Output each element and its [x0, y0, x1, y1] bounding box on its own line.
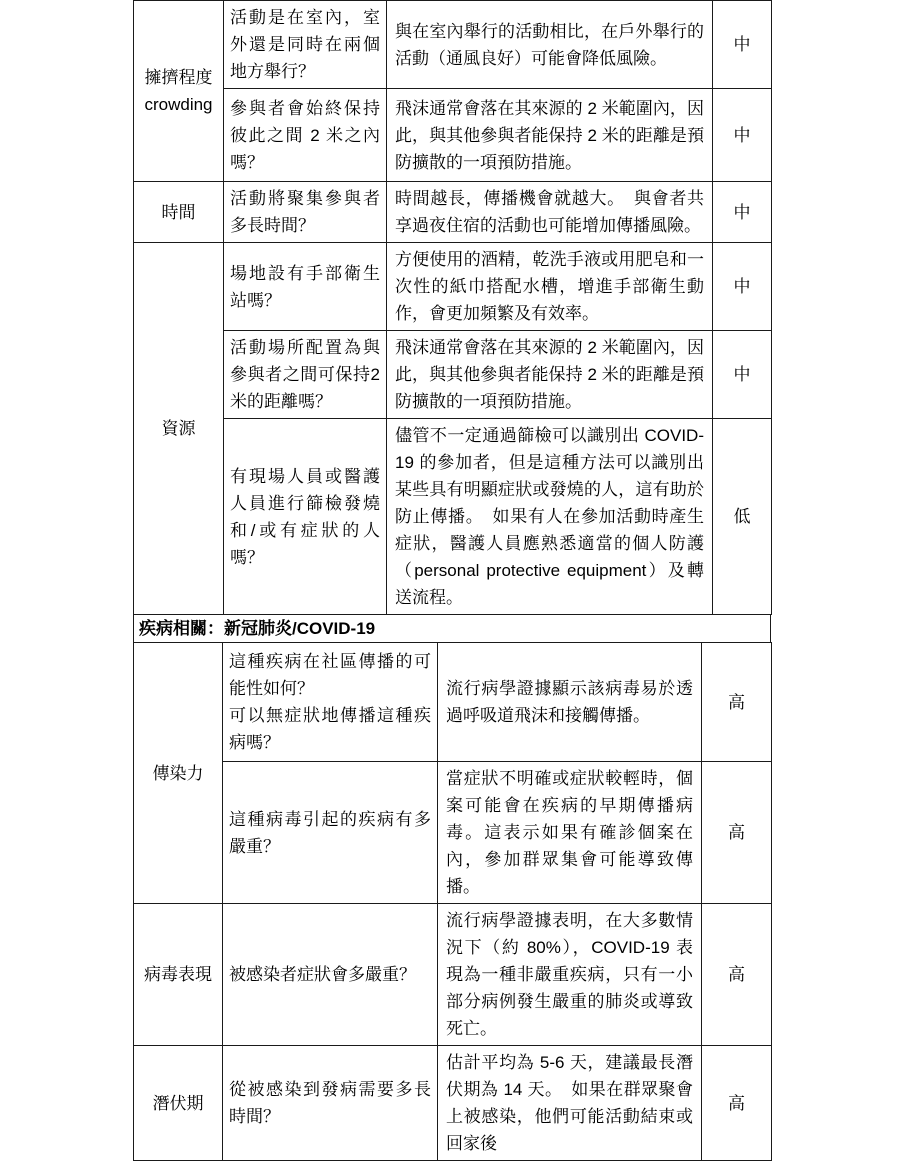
- answer-cell: 時間越長，傳播機會就越大。 與會者共享過夜住宿的活動也可能增加傳播風險。: [387, 182, 713, 243]
- risk-cell: 中: [713, 331, 772, 419]
- disease-factors-table: 傳染力 這種疾病在社區傳播的可能性如何？ 可以無症狀地傳播這種疾病嗎？ 流行病學…: [133, 642, 772, 992]
- answer-cell: 流行病學證據顯示該病毒易於透過呼吸道飛沫和接觸傳播。: [438, 643, 702, 762]
- answer-cell: 流行病學證據表明，在大多數情況下（約 80%），COVID-19 表現為一種非嚴…: [438, 904, 702, 993]
- table-row: 有現場人員或醫護人員進行篩檢發燒和/或有症狀的人嗎？ 儘管不一定通過篩檢可以識別…: [134, 419, 772, 615]
- category-label-en: crowding: [138, 91, 219, 118]
- table-row: 這種病毒引起的疾病有多嚴重？ 當症狀不明確或症狀較輕時，個案可能會在疾病的早期傳…: [134, 762, 772, 904]
- table-row: 疾病相關：新冠肺炎/COVID-19: [134, 615, 771, 643]
- question-cell: 有現場人員或醫護人員進行篩檢發燒和/或有症狀的人嗎？: [224, 419, 387, 615]
- category-cell-infectivity: 傳染力: [134, 643, 223, 904]
- risk-cell: 低: [713, 419, 772, 615]
- risk-cell: 高: [702, 762, 772, 904]
- answer-cell: 儘管不一定通過篩檢可以識別出 COVID-19 的參加者，但是這種方法可以識別出…: [387, 419, 713, 615]
- answer-cell: 與在室內舉行的活動相比，在戶外舉行的活動（通風良好）可能會降低風險。: [387, 1, 713, 89]
- category-label: 擁擠程度: [138, 64, 219, 91]
- answer-cell: 當症狀不明確或症狀較輕時，個案可能會在疾病的早期傳播病毒。這表示如果有確診個案在…: [438, 762, 702, 904]
- answer-cell: 飛沫通常會落在其來源的 2 米範圍內，因此，與其他參與者能保持 2 米的距離是預…: [387, 89, 713, 182]
- table-row: 病毒表現 被感染者症狀會多嚴重？ 流行病學證據表明，在大多數情況下（約 80%）…: [134, 904, 772, 993]
- answer-cell: 方便使用的酒精，乾洗手液或用肥皂和一次性的紙巾搭配水槽，增進手部衛生動作，會更加…: [387, 243, 713, 331]
- category-cell-duration: 時間: [134, 182, 224, 243]
- answer-cell: 飛沫通常會落在其來源的 2 米範圍內，因此，與其他參與者能保持 2 米的距離是預…: [387, 331, 713, 419]
- risk-cell: 中: [713, 89, 772, 182]
- table-row: 傳染力 這種疾病在社區傳播的可能性如何？ 可以無症狀地傳播這種疾病嗎？ 流行病學…: [134, 643, 772, 762]
- question-cell: 這種病毒引起的疾病有多嚴重？: [223, 762, 438, 904]
- risk-cell: 高: [702, 643, 772, 762]
- table-row: 資源 場地設有手部衛生站嗎？ 方便使用的酒精，乾洗手液或用肥皂和一次性的紙巾搭配…: [134, 243, 772, 331]
- risk-assessment-document: 擁擠程度 crowding 活動是在室內，室外還是同時在兩個地方舉行？ 與在室內…: [133, 0, 771, 992]
- question-cell: 活動場所配置為與參與者之間可保持2米的距離嗎？: [224, 331, 387, 419]
- question-cell: 場地設有手部衛生站嗎？: [224, 243, 387, 331]
- table-row: 擁擠程度 crowding 活動是在室內，室外還是同時在兩個地方舉行？ 與在室內…: [134, 1, 772, 89]
- question-cell: 參與者會始終保持彼此之間 2 米之內嗎？: [224, 89, 387, 182]
- question-cell: 被感染者症狀會多嚴重？: [223, 904, 438, 993]
- category-cell-resources: 資源: [134, 243, 224, 615]
- question-cell: 這種疾病在社區傳播的可能性如何？ 可以無症狀地傳播這種疾病嗎？: [223, 643, 438, 762]
- question-cell: 活動是在室內，室外還是同時在兩個地方舉行？: [224, 1, 387, 89]
- risk-cell: 中: [713, 243, 772, 331]
- category-cell-crowding: 擁擠程度 crowding: [134, 1, 224, 182]
- risk-cell: 中: [713, 182, 772, 243]
- table-row: 參與者會始終保持彼此之間 2 米之內嗎？ 飛沫通常會落在其來源的 2 米範圍內，…: [134, 89, 772, 182]
- risk-cell: 高: [702, 904, 772, 993]
- table-row: 活動場所配置為與參與者之間可保持2米的距離嗎？ 飛沫通常會落在其來源的 2 米範…: [134, 331, 772, 419]
- risk-cell: 中: [713, 1, 772, 89]
- table-row: 時間 活動將聚集參與者多長時間？ 時間越長，傳播機會就越大。 與會者共享過夜住宿…: [134, 182, 772, 243]
- disease-section-header: 疾病相關：新冠肺炎/COVID-19: [133, 614, 771, 643]
- section-header-label: 疾病相關：新冠肺炎/COVID-19: [134, 615, 771, 643]
- category-cell-virus-presentation: 病毒表現: [134, 904, 223, 993]
- question-cell: 活動將聚集參與者多長時間？: [224, 182, 387, 243]
- environment-factors-table: 擁擠程度 crowding 活動是在室內，室外還是同時在兩個地方舉行？ 與在室內…: [133, 0, 772, 615]
